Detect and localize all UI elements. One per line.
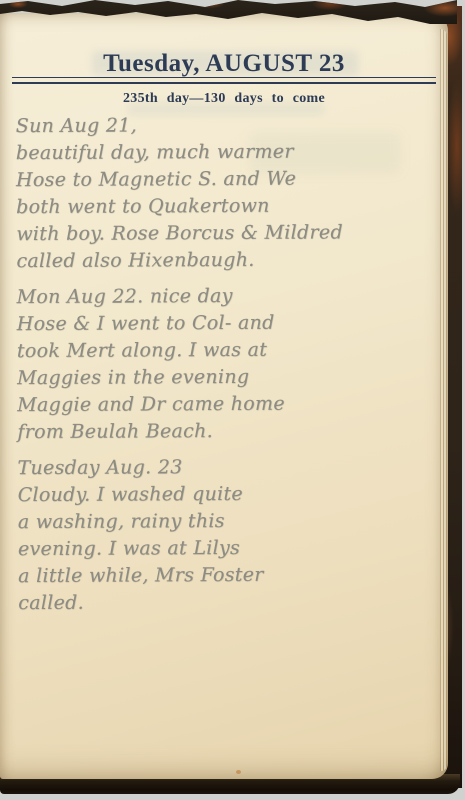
entry-mon-aug-22: Mon Aug 22. nice day Hose & I went to Co… [17,282,425,446]
diary-line: Mon Aug 22. nice day [17,282,424,311]
diary-line: both went to Quakertown [16,192,423,221]
stacked-page-edges [440,29,447,771]
diary-line: Hose to Magnetic S. and We [16,165,423,194]
day-counter-text: 235th day—130 days to come [0,90,448,108]
diary-page: Tuesday, AUGUST 23 235th day—130 days to… [0,13,448,779]
diary-line: Tuesday Aug. 23 [17,453,424,482]
diary-line: Hose & I went to Col- and [17,309,424,338]
diary-line: called also Hixenbaugh. [16,246,423,275]
diary-line: took Mert along. I was at [17,336,424,365]
printed-date-header: Tuesday, AUGUST 23 [0,50,448,78]
diary-line: a little while, Mrs Foster [18,561,425,590]
diary-line: a washing, rainy this [18,507,425,536]
entry-sun-aug-21: Sun Aug 21, beautiful day, much warmer H… [16,111,424,275]
diary-line: beautiful day, much warmer [16,138,423,167]
diary-line: from Beulah Beach. [17,417,424,446]
diary-line: with boy. Rose Borcus & Mildred [16,219,423,248]
header-double-rule [12,77,436,84]
diary-scan: { "header": { "date_title": "Tuesday, AU… [0,0,465,800]
page-stain [236,770,241,774]
diary-line: Cloudy. I washed quite [18,480,425,509]
diary-line: Maggie and Dr came home [17,390,424,419]
handwritten-entries: Sun Aug 21, beautiful day, much warmer H… [16,111,426,626]
entry-tue-aug-23: Tuesday Aug. 23 Cloudy. I washed quite a… [17,453,425,617]
diary-line: Maggies in the evening [17,363,424,392]
diary-line: Sun Aug 21, [16,111,423,140]
diary-line: evening. I was at Lilys [18,534,425,563]
diary-line: called. [18,588,425,617]
